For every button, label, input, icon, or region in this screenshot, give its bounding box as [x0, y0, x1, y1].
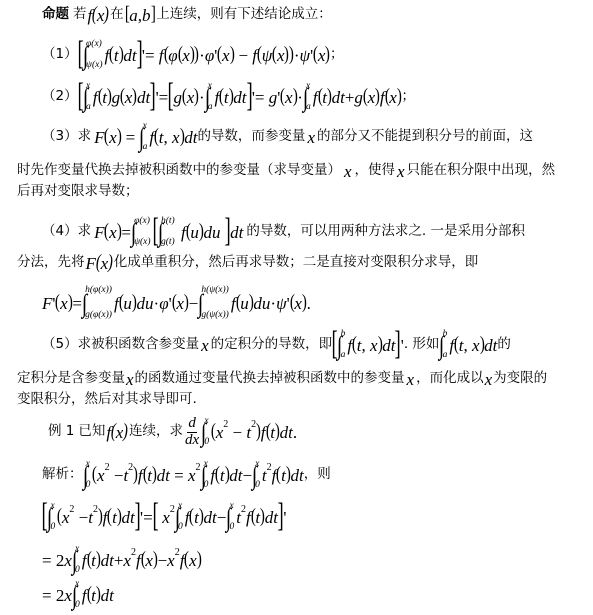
item-5-text2: 的定积分的导数，即 — [211, 338, 333, 352]
item-3-line2-x2: x — [397, 163, 405, 180]
item-3-line-1: （3） 求 F(x) = ∫xaf(t, x)dt 的导数，而参变量 x 的部分… — [42, 122, 533, 152]
item-5-line-3: 变限积分，然后对其求导即可. — [17, 391, 197, 409]
item-4-number: （4） — [42, 225, 78, 239]
proposition-function: f(x) — [88, 5, 110, 25]
item-4-line-2: 分法，先将 F(x) 化成单重积分，然后再求导数；二是直接对变限积分求导，即 — [17, 252, 478, 274]
item-5-line2-c: ，而化成以 — [416, 372, 484, 386]
item-2-formula: [∫xaf(t)g(x)dt]'=[g(x)·∫xaf(t)dt]'= g'(x… — [78, 80, 402, 114]
item-1-end: ； — [330, 48, 344, 62]
solution-label: 解析： — [42, 468, 83, 482]
item-5-formula2: ∫baf(t, x)dt — [439, 330, 497, 360]
item-5-number: （5） — [42, 338, 78, 352]
item-5-formula1: [∫baf(t, x)dt]' — [332, 328, 404, 362]
solution-step-3-formula: = 2x∫x0f(t)dt+x2f(x)−x2f(x) — [42, 545, 201, 575]
item-3-number: （3） — [42, 130, 78, 144]
item-4-line2-a: 分法，先将 — [17, 256, 85, 270]
item-3-text2: 的部分又不能提到积分号的前面，这 — [317, 130, 533, 144]
item-2-number: （2） — [42, 90, 78, 104]
item-5-text3: . 形如 — [404, 338, 440, 352]
item-5-line2-a: 定积分是含参变量 — [17, 372, 125, 386]
item-3-line2-a: 时先作变量代换去掉被积函数中的参变量（求导变量） — [17, 164, 341, 178]
item-3-line-2: 时先作变量代换去掉被积函数中的参变量（求导变量） x ，使得 x 只能在积分限中… — [17, 162, 555, 180]
item-3-line2-b: ，使得 — [355, 164, 396, 178]
item-5-line2-x1: x — [126, 371, 134, 388]
item-5-line2-b: 的函数通过变量代换去掉被积函数中的参变量 — [135, 372, 405, 386]
item-5-line3: 变限积分，然后对其求导即可. — [17, 393, 197, 407]
example-1-text1: 已知 — [78, 425, 105, 439]
proposition-line: 命题 若 f(x) 在 [a,b] 上连续，则有下述结论成立： — [42, 4, 332, 26]
proposition-intro-post: 上连续，则有下述结论成立： — [156, 8, 332, 22]
solution-step-4-formula: = 2x∫x0f(t)dt — [42, 580, 114, 610]
example-1-label: 例 1 — [48, 425, 74, 439]
item-4-result: F'(x)=∫h(φ(x))g(φ(x))f(u)du·φ'(x)−∫h(ψ(x… — [42, 284, 311, 322]
example-1-text2: 连续，求 — [129, 425, 183, 439]
item-4-formula: F(x)=∫φ(x)ψ(x)[∫h(t)g(t) f(u)du ]dt — [94, 215, 243, 249]
item-3-formula: F(x) = ∫xaf(t, x)dt — [94, 122, 197, 152]
proposition-label: 命题 — [42, 8, 69, 22]
item-5-line-2: 定积分是含参变量 x 的函数通过变量代换去掉被积函数中的参变量 x ，而化成以 … — [17, 370, 547, 388]
example-1: 例 1 已知 f(x) 连续，求 ddx∫x0(x2 − t2)f(t)dt. — [48, 413, 297, 451]
item-5-line2-x2: x — [407, 371, 415, 388]
item-4-text1: 的导数，可以用两种方法求之. 一是采用分部积 — [246, 225, 525, 239]
item-4-line2-b: 化成单重积分，然后再求导数；二是直接对变限积分求导，即 — [114, 256, 479, 270]
solution-step-1-end: ，则 — [304, 468, 331, 482]
item-3-line-3: 后再对变限求导数； — [17, 183, 139, 201]
item-5-text1: 求被积函数含参变量 — [78, 338, 200, 352]
proposition-intro-mid: 在 — [110, 8, 124, 22]
item-4-line2-F: F(x) — [86, 253, 113, 273]
item-4-result-formula: F'(x)=∫h(φ(x))g(φ(x))f(u)du·φ'(x)−∫h(ψ(x… — [42, 286, 311, 320]
solution-step-4: = 2x∫x0f(t)dt — [42, 578, 114, 612]
solution-step-1-formula: ∫x0(x2 −t2)f(t)dt = x2∫x0f(t)dt−∫x0t2f(t… — [83, 460, 304, 490]
proposition-intro-pre: 若 — [73, 8, 87, 22]
item-3-line3: 后再对变限求导数； — [17, 185, 139, 199]
solution-step-2: [∫x0(x2 −t2)f(t)dt]'=[ x2∫x0f(t)dt−∫x0t2… — [42, 500, 286, 534]
item-3-var-x: x — [307, 129, 315, 146]
item-5-line-1: （5） 求被积函数含参变量 x 的定积分的导数，即 [∫baf(t, x)dt]… — [42, 328, 511, 362]
item-4-pre: 求 — [78, 225, 92, 239]
example-1-function: f(x) — [106, 422, 128, 442]
solution-step-1: 解析： ∫x0(x2 −t2)f(t)dt = x2∫x0f(t)dt−∫x0t… — [42, 458, 331, 492]
item-5-line2-d: 为变限的 — [493, 372, 547, 386]
item-1: （1） [∫φ(x)ψ(x)f(t)dt]'= f(φ(x))·φ'(x) − … — [42, 38, 344, 72]
proposition-interval: [a,b] — [125, 5, 156, 25]
item-3-text1: 的导数，而参变量 — [197, 130, 305, 144]
item-1-number: （1） — [42, 48, 78, 62]
item-2-end: ； — [401, 90, 415, 104]
solution-step-2-formula: [∫x0(x2 −t2)f(t)dt]'=[ x2∫x0f(t)dt−∫x0t2… — [42, 500, 286, 534]
item-3-line2-c: 只能在积分限中出现，然 — [407, 164, 556, 178]
item-5-var-x: x — [201, 337, 209, 354]
item-2: （2） [∫xaf(t)g(x)dt]'=[g(x)·∫xaf(t)dt]'= … — [42, 80, 415, 114]
item-3-line2-x1: x — [344, 163, 352, 180]
example-1-formula: ddx∫x0(x2 − t2)f(t)dt. — [183, 416, 297, 449]
item-5-text4: 的 — [497, 338, 511, 352]
item-4-line-1: （4） 求 F(x)=∫φ(x)ψ(x)[∫h(t)g(t) f(u)du ]d… — [42, 214, 525, 250]
item-3-pre: 求 — [78, 130, 92, 144]
item-1-formula: [∫φ(x)ψ(x)f(t)dt]'= f(φ(x))·φ'(x) − f(ψ(… — [78, 38, 330, 72]
item-5-line2-x3: x — [485, 371, 493, 388]
solution-step-3: = 2x∫x0f(t)dt+x2f(x)−x2f(x) — [42, 543, 201, 577]
